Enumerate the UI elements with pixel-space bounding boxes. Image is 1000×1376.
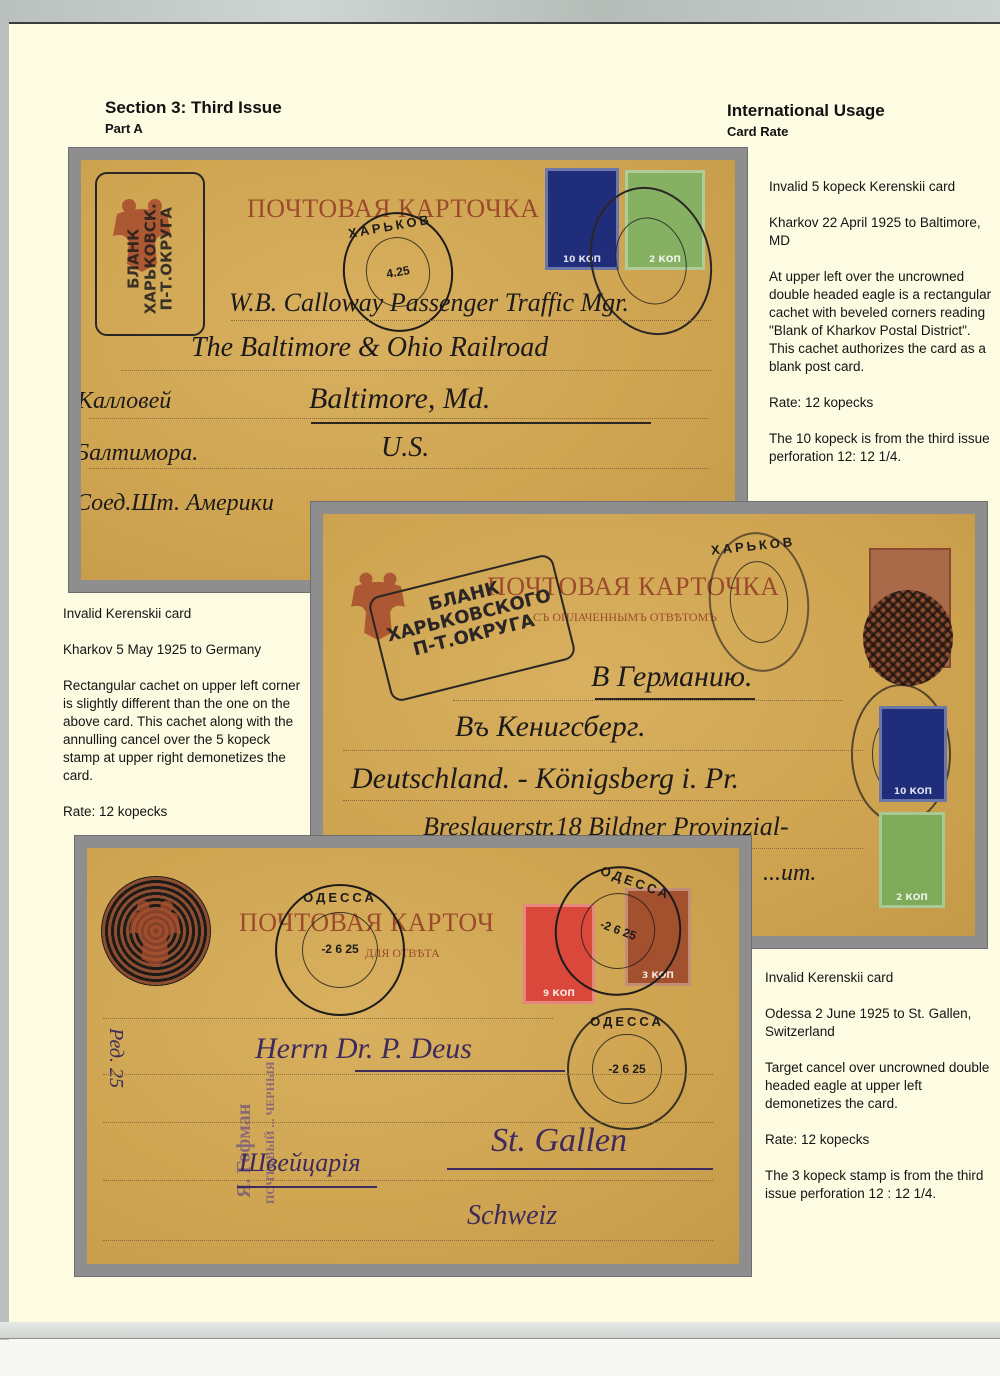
postmark-odessa-1: ОДЕССА -2 6 25 bbox=[275, 884, 405, 1016]
section-subtitle: Part A bbox=[105, 121, 282, 136]
description-body: At upper left over the uncrowned double … bbox=[769, 268, 997, 376]
postmark-odessa-3: ОДЕССА -2 6 25 bbox=[567, 1008, 687, 1130]
description-card-2: Invalid Kerenskii card Kharkov 5 May 192… bbox=[63, 605, 301, 821]
address-line: The Baltimore & Ohio Railroad bbox=[191, 332, 548, 364]
address-line: Baltimore, Md. bbox=[309, 382, 490, 416]
description-title: Invalid Kerenskii card bbox=[63, 605, 301, 623]
postcard-3: ПОЧТОВАЯ КАРТОЧ ДЛЯ ОТВѢТА ОДЕССА -2 6 2… bbox=[87, 848, 739, 1264]
underline bbox=[355, 1070, 565, 1072]
stamp-blue-10k: 10 КОП bbox=[879, 706, 947, 802]
address-rule bbox=[343, 800, 863, 801]
address-line: U.S. bbox=[381, 432, 429, 464]
address-rule bbox=[103, 1074, 713, 1075]
description-rate: Rate: 12 kopecks bbox=[765, 1131, 997, 1149]
blank-cachet-stamp: БЛАНК ХАРЬКОВСК. П-Т.ОКРУГА bbox=[95, 172, 205, 336]
address-line: Herrn Dr. P. Deus bbox=[255, 1032, 472, 1066]
description-note: The 3 kopeck stamp is from the third iss… bbox=[765, 1167, 997, 1203]
scanner-edge-top bbox=[0, 0, 1000, 24]
sender-line: Балтимора. bbox=[81, 440, 198, 467]
address-rule bbox=[453, 700, 843, 701]
postmark-kharkov: ХАРЬКОВ bbox=[702, 527, 816, 677]
description-title: Invalid Kerenskii card bbox=[765, 969, 997, 987]
topic-subtitle: Card Rate bbox=[727, 124, 885, 139]
section-header: Section 3: Third Issue Part A bbox=[105, 98, 282, 136]
address-rule bbox=[231, 320, 711, 321]
scanner-edge-bottom bbox=[0, 1322, 1000, 1339]
sender-line: Соед.Шт. Америки bbox=[81, 490, 274, 517]
address-rule bbox=[103, 1018, 553, 1019]
sender-line: Калловей bbox=[81, 388, 171, 415]
address-rule bbox=[343, 750, 863, 751]
scanner-edge-left bbox=[0, 0, 9, 1340]
address-line: Въ Кенигсберг. bbox=[455, 710, 646, 744]
underline bbox=[311, 422, 651, 424]
description-body: Rectangular cachet on upper left corner … bbox=[63, 677, 301, 785]
address-rule bbox=[89, 418, 709, 419]
stamp-green-2k: 2 КОП bbox=[879, 812, 945, 908]
description-body: Target cancel over uncrowned double head… bbox=[765, 1059, 997, 1113]
description-title: Invalid 5 kopeck Kerenskii card bbox=[769, 178, 997, 196]
address-rule bbox=[121, 370, 711, 371]
address-rule bbox=[103, 1240, 713, 1241]
topic-title: International Usage bbox=[727, 101, 885, 121]
underline bbox=[237, 1186, 377, 1188]
address-line: ...um. bbox=[763, 860, 816, 887]
underline bbox=[447, 1168, 713, 1170]
address-line: St. Gallen bbox=[491, 1122, 627, 1160]
description-card-3: Invalid Kerenskii card Odessa 2 June 192… bbox=[765, 969, 997, 1203]
description-rate: Rate: 12 kopecks bbox=[63, 803, 301, 821]
address-line: Швейцарія bbox=[239, 1148, 361, 1178]
album-page: Section 3: Third Issue Part A Internatio… bbox=[9, 22, 1000, 1324]
address-rule bbox=[89, 468, 709, 469]
address-line: Deutschland. - Königsberg i. Pr. bbox=[351, 762, 739, 796]
address-rule bbox=[103, 1180, 713, 1181]
description-card-1: Invalid 5 kopeck Kerenskii card Kharkov … bbox=[769, 178, 997, 466]
sender-note: Ред. 25 bbox=[104, 1028, 127, 1088]
address-line: Schweiz bbox=[467, 1200, 557, 1232]
double-headed-eagle-icon bbox=[125, 896, 185, 968]
postcard-mount-3[interactable]: ПОЧТОВАЯ КАРТОЧ ДЛЯ ОТВѢТА ОДЕССА -2 6 2… bbox=[75, 836, 751, 1276]
description-rate: Rate: 12 kopecks bbox=[769, 394, 997, 412]
section-title: Section 3: Third Issue bbox=[105, 98, 282, 118]
address-line: В Германию. bbox=[591, 660, 753, 694]
address-line: W.B. Calloway Passenger Traffic Mgr. bbox=[229, 288, 629, 318]
topic-header: International Usage Card Rate bbox=[727, 101, 885, 139]
description-route: Odessa 2 June 1925 to St. Gallen, Switze… bbox=[765, 1005, 997, 1041]
annulling-cancel bbox=[863, 590, 953, 686]
description-note: The 10 kopeck is from the third issue pe… bbox=[769, 430, 997, 466]
description-route: Kharkov 22 April 1925 to Baltimore, MD bbox=[769, 214, 997, 250]
description-route: Kharkov 5 May 1925 to Germany bbox=[63, 641, 301, 659]
